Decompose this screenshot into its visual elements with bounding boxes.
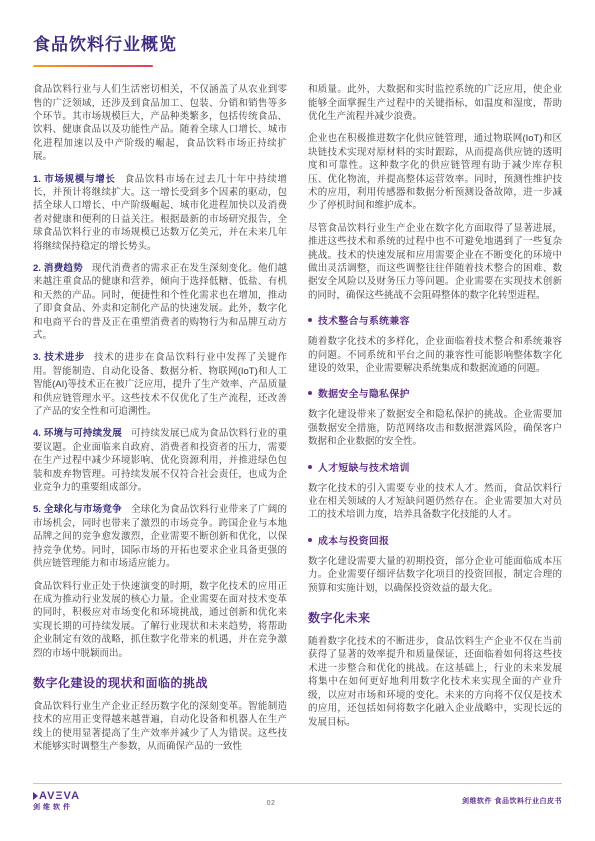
challenge-title: 成本与投资回报 bbox=[318, 533, 389, 547]
footer-doc-title: 剑维软件 食品饮料行业白皮书 bbox=[462, 796, 562, 806]
bullet-icon bbox=[308, 465, 312, 469]
closing-paragraph: 食品饮料行业正处于快速演变的时期，数字化技术的应用正在成为推动行业发展的核心力量… bbox=[33, 580, 287, 660]
numbered-item-text: 食品饮料市场在过去几十年中持续增长，并预计将继续扩大。这一增长受到多个因素的驱动… bbox=[33, 174, 287, 252]
bullet-icon bbox=[308, 318, 312, 322]
right-column: 和质量。此外，大数据和实时监控系统的广泛应用，使企业能够全面掌握生产过程中的关键… bbox=[308, 83, 562, 751]
document-header: 食品饮料行业概览 bbox=[0, 0, 595, 67]
aveva-logo-mark-icon bbox=[33, 792, 38, 800]
future-paragraph: 随着数字化技术的不断进步，食品饮料生产企业不仅在当前获得了显著的效率提升和质量保… bbox=[308, 635, 562, 729]
document-footer: AVΞVA 剑维软件 02 剑维软件 食品饮料行业白皮书 bbox=[33, 783, 562, 812]
challenge-text: 随着数字化技术的多样化，企业面临着技术整合和系统兼容的问题。不同系统和平台之间的… bbox=[308, 335, 562, 375]
challenges-intro-paragraph: 尽管食品饮料行业生产企业在数字化方面取得了显著进展，推进这些技术和系统的过程中也… bbox=[308, 222, 562, 302]
numbered-item-lead: 4. 环境与可持续发展 bbox=[33, 428, 131, 439]
numbered-item-lead: 5. 全球化与市场竞争 bbox=[33, 504, 131, 515]
numbered-item-text: 现代消费者的需求正在发生深刻变化。他们越来越注重食品的健康和营养，倾向于选择低糖… bbox=[33, 263, 287, 341]
intro-paragraph: 食品饮料行业与人们生活密切相关，不仅涵盖了从农业到零售的广泛领域，还涉及到食品加… bbox=[33, 83, 287, 163]
supply-chain-paragraph: 企业也在积极推进数字化供应链管理，通过物联网(IoT)和区块链技术实现对原材料的… bbox=[308, 132, 562, 212]
section-heading-digital-future: 数字化未来 bbox=[308, 609, 562, 626]
left-column: 食品饮料行业与人们生活密切相关，不仅涵盖了从农业到零售的广泛领域，还涉及到食品加… bbox=[33, 83, 287, 751]
numbered-item-2: 2. 消费趋势现代消费者的需求正在发生深刻变化。他们越来越注重食品的健康和营养，… bbox=[33, 262, 287, 342]
challenge-title: 技术整合与系统兼容 bbox=[318, 313, 410, 327]
bullet-icon bbox=[308, 391, 312, 395]
challenge-item-heading-2: 数据安全与隐私保护 bbox=[308, 386, 562, 400]
challenge-text: 数字化技术的引入需要专业的技术人才。然而，食品饮料行业在相关领域的人才短缺问题仍… bbox=[308, 482, 562, 522]
bullet-icon bbox=[308, 538, 312, 542]
section-paragraph: 食品饮料行业生产企业正经历数字化的深刻变革。智能制造技术的应用正变得越来越普遍，… bbox=[33, 700, 287, 751]
challenge-title: 数据安全与隐私保护 bbox=[318, 386, 410, 400]
footer-page-number: 02 bbox=[267, 800, 276, 807]
challenge-item-heading-4: 成本与投资回报 bbox=[308, 533, 562, 547]
continuation-paragraph: 和质量。此外，大数据和实时监控系统的广泛应用，使企业能够全面掌握生产过程中的关键… bbox=[308, 83, 562, 123]
numbered-item-lead: 1. 市场规模与增长 bbox=[33, 174, 125, 185]
document-page: 食品饮料行业概览 食品饮料行业与人们生活密切相关，不仅涵盖了从农业到零售的广泛领… bbox=[0, 0, 595, 841]
aveva-logo-chinese-name: 剑维软件 bbox=[33, 804, 80, 812]
numbered-item-3: 3. 技术进步技术的进步在食品饮料行业中发挥了关键作用。智能制造、自动化设备、数… bbox=[33, 351, 287, 418]
numbered-item-1: 1. 市场规模与增长食品饮料市场在过去几十年中持续增长，并预计将继续扩大。这一增… bbox=[33, 173, 287, 253]
two-column-body: 食品饮料行业与人们生活密切相关，不仅涵盖了从农业到零售的广泛领域，还涉及到食品加… bbox=[0, 83, 595, 751]
challenge-text: 数字化建设需要大量的初期投资，部分企业可能面临成本压力。企业需要仔细评估数字化项… bbox=[308, 555, 562, 595]
challenge-item-heading-3: 人才短缺与技术培训 bbox=[308, 460, 562, 474]
section-heading-digital-status: 数字化建设的现状和面临的挑战 bbox=[33, 674, 287, 691]
numbered-item-lead: 3. 技术进步 bbox=[33, 352, 94, 363]
page-title: 食品饮料行业概览 bbox=[33, 34, 562, 56]
numbered-item-lead: 2. 消费趋势 bbox=[33, 263, 92, 274]
title-underline-rule bbox=[33, 65, 153, 67]
challenge-title: 人才短缺与技术培训 bbox=[318, 460, 410, 474]
aveva-logo: AVΞVA 剑维软件 bbox=[33, 790, 80, 812]
challenge-item-heading-1: 技术整合与系统兼容 bbox=[308, 313, 562, 327]
numbered-item-4: 4. 环境与可持续发展可持续发展已成为食品饮料行业的重要议题。企业面临来自政府、… bbox=[33, 427, 287, 494]
numbered-item-5: 5. 全球化与市场竞争全球化为食品饮料行业带来了广阔的市场机会，同时也带来了激烈… bbox=[33, 503, 287, 570]
challenge-text: 数字化建设带来了数据安全和隐私保护的挑战。企业需要加强数据安全措施，防范网络攻击… bbox=[308, 408, 562, 448]
aveva-logo-wordmark: AVΞVA bbox=[39, 790, 80, 802]
